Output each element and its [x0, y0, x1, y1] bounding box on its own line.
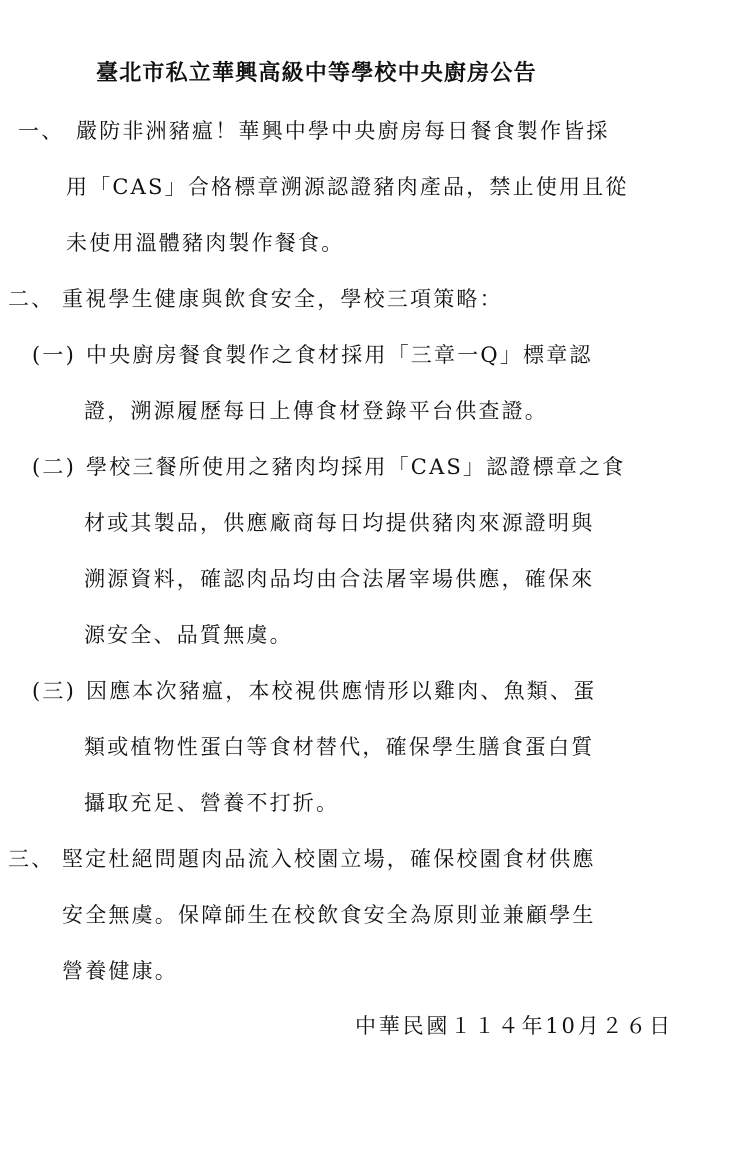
section-1-line-1: 嚴防非洲豬瘟！華興中學中央廚房每日餐食製作皆採 — [76, 117, 610, 145]
announcement-document: 臺北市私立華興高級中等學校中央廚房公告 一、 嚴防非洲豬瘟！華興中學中央廚房每日… — [0, 0, 750, 1154]
subsection-1-line-1: 中央廚房餐食製作之食材採用「三章一Q」標章認 — [86, 341, 593, 369]
section-3-line-3: 營養健康。 — [62, 957, 178, 985]
section-2-line-1: 重視學生健康與飲食安全，學校三項策略： — [62, 285, 503, 313]
section-1-line-3: 未使用溫體豬肉製作餐食。 — [66, 229, 344, 257]
subsection-2-line-4: 源安全、品質無虞。 — [84, 621, 293, 649]
section-3-line-2: 安全無虞。保障師生在校飲食安全為原則並兼顧學生 — [62, 901, 596, 929]
subsection-1-line-2: 證，溯源履歷每日上傳食材登錄平台供查證。 — [84, 397, 548, 425]
subsection-3-line-2: 類或植物性蛋白等食材替代，確保學生膳食蛋白質 — [84, 733, 594, 761]
section-1-marker: 一、 — [18, 117, 64, 145]
section-3-line-1: 堅定杜絕問題肉品流入校園立場，確保校園食材供應 — [62, 845, 596, 873]
announcement-date: 中華民國１１４年10月２６日 — [355, 1012, 673, 1040]
subsection-1-marker: (一) — [32, 341, 76, 369]
section-3-marker: 三、 — [8, 845, 54, 873]
subsection-2-line-3: 溯源資料，確認肉品均由合法屠宰場供應，確保來 — [84, 565, 594, 593]
section-2-marker: 二、 — [8, 285, 54, 313]
subsection-2-marker: (二) — [32, 453, 76, 481]
subsection-2-line-2: 材或其製品，供應廠商每日均提供豬肉來源證明與 — [84, 509, 594, 537]
section-1-line-2: 用「CAS」合格標章溯源認證豬肉產品，禁止使用且從 — [66, 173, 629, 201]
subsection-3-line-3: 攝取充足、營養不打折。 — [84, 789, 339, 817]
document-title: 臺北市私立華興高級中等學校中央廚房公告 — [96, 60, 537, 88]
subsection-3-marker: (三) — [32, 677, 76, 705]
subsection-2-line-1: 學校三餐所使用之豬肉均採用「CAS」認證標章之食 — [86, 453, 625, 481]
subsection-3-line-1: 因應本次豬瘟，本校視供應情形以雞肉、魚類、蛋 — [86, 677, 596, 705]
